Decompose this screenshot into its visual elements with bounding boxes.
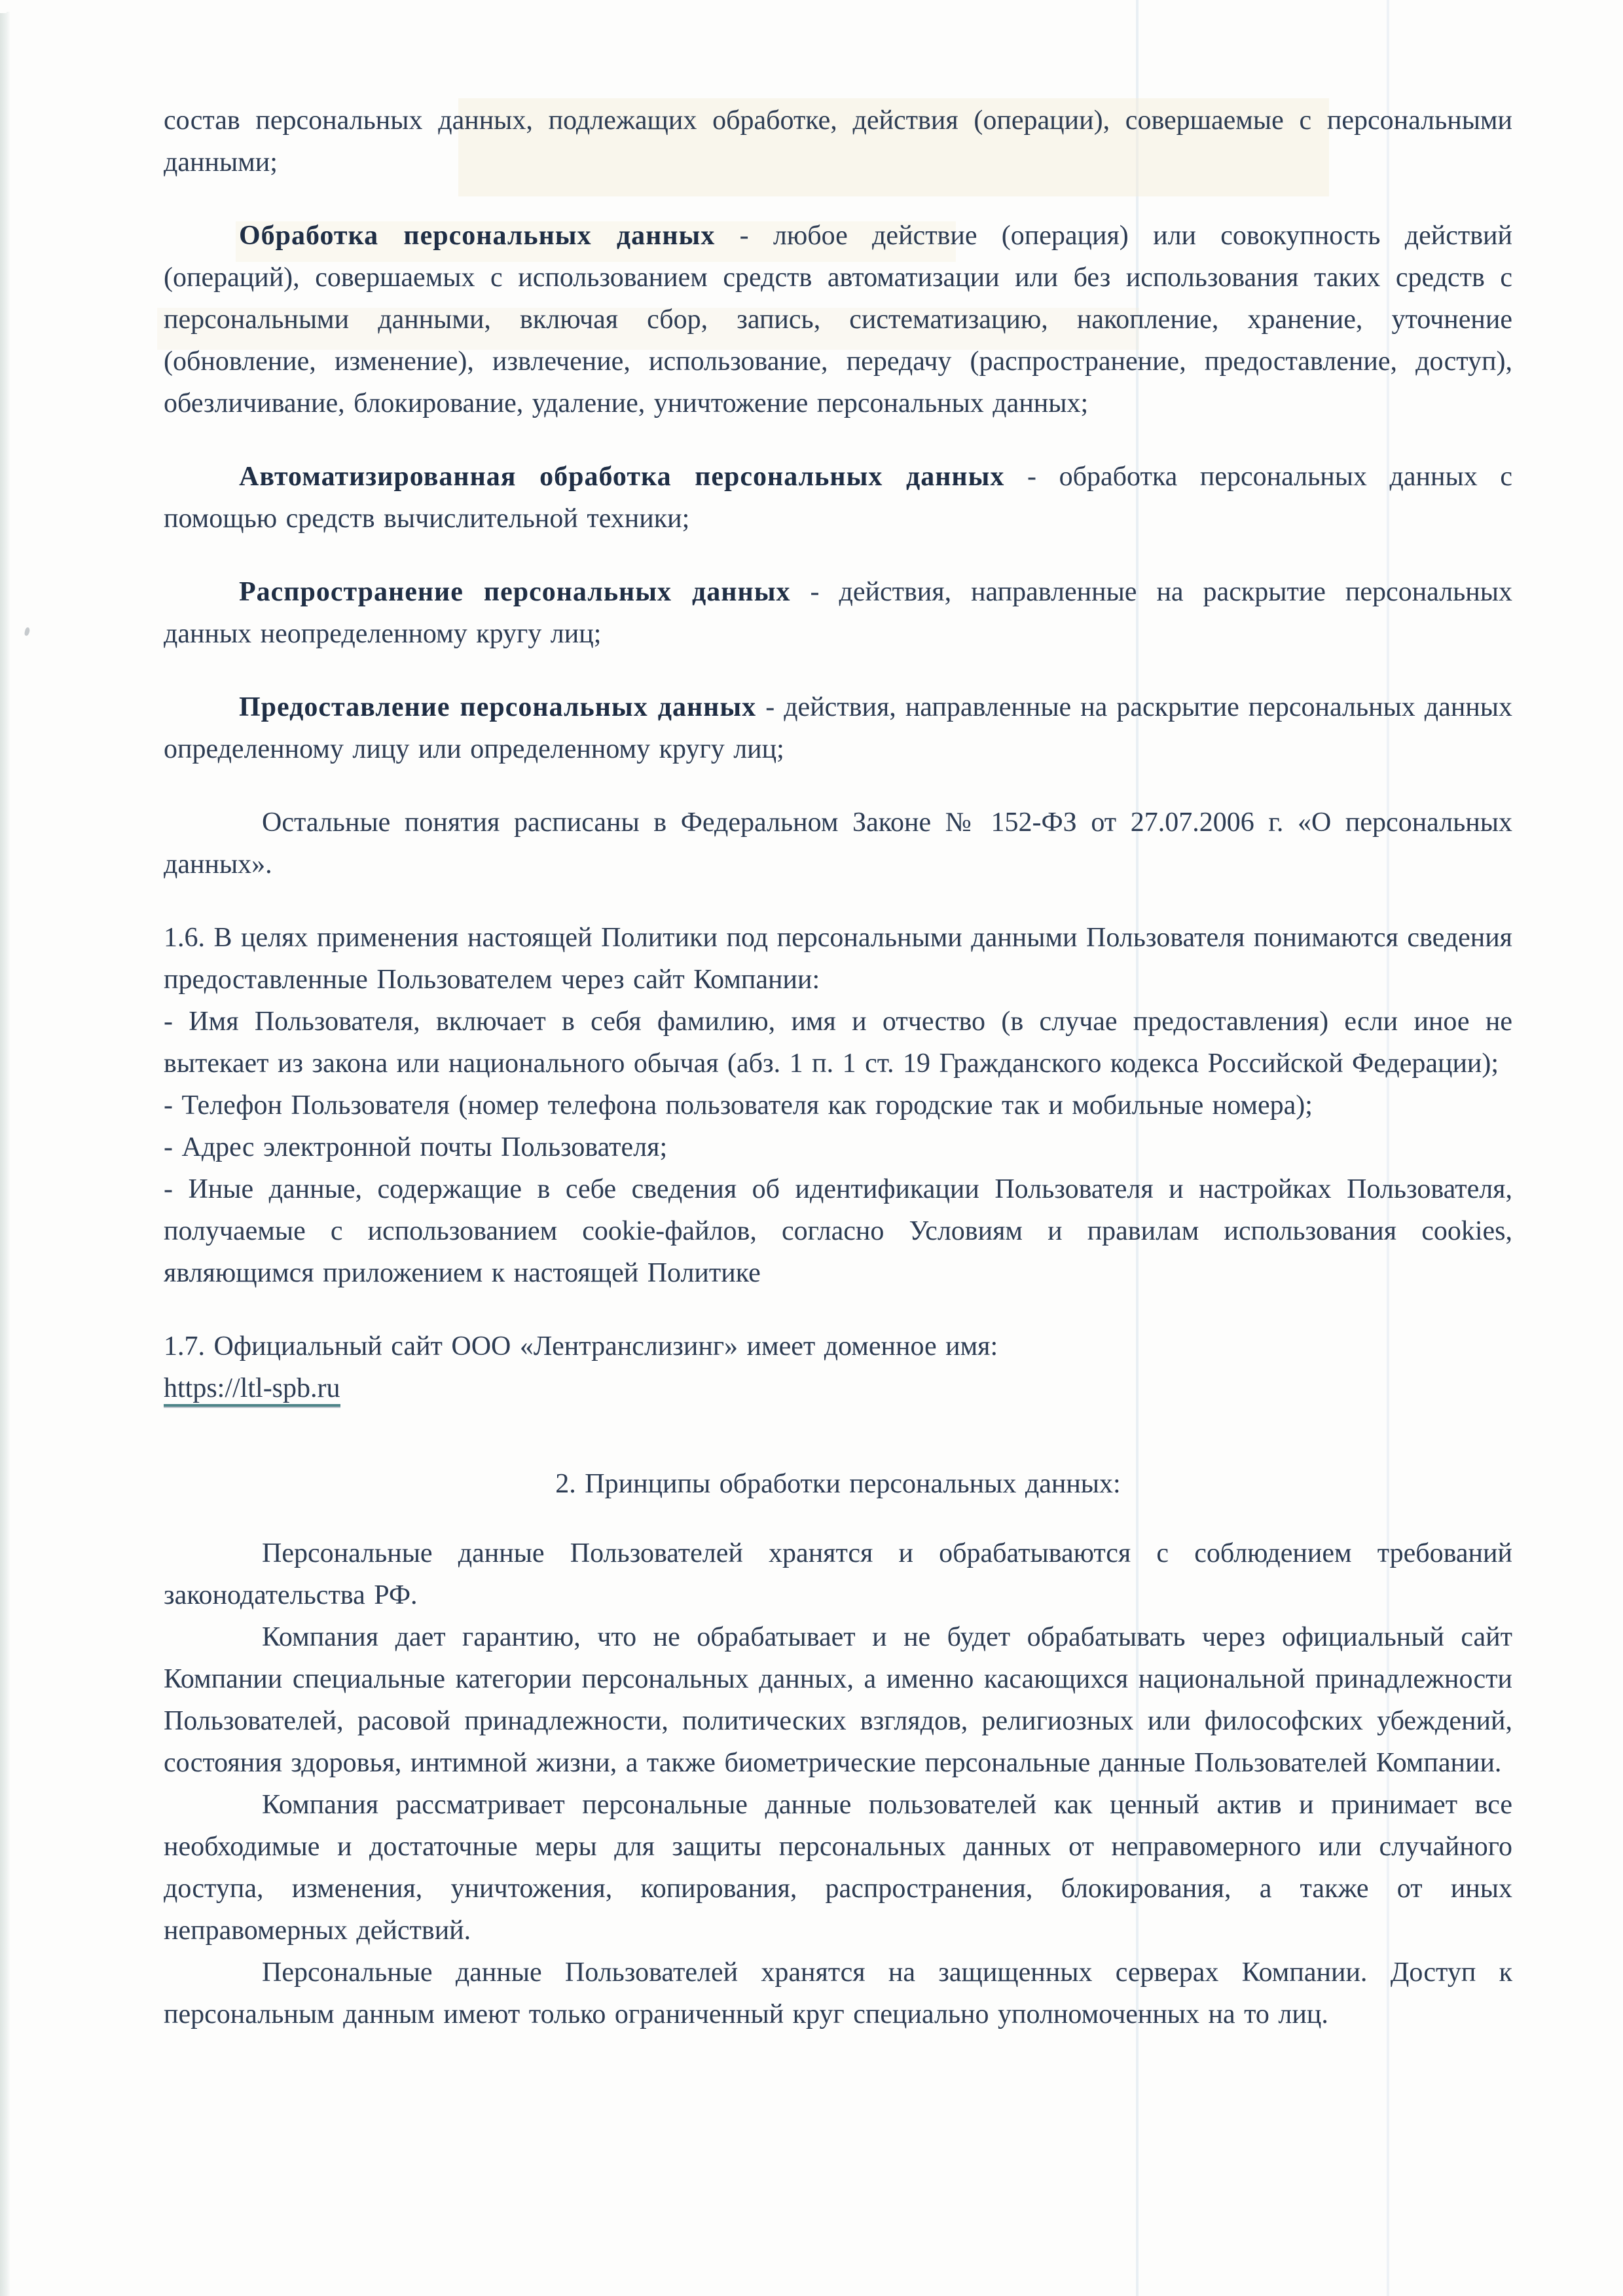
definition-dissemination: Распространение персональных данных - де… bbox=[164, 571, 1512, 655]
scanned-document-page: состав персональных данных, подлежащих о… bbox=[0, 0, 1623, 2296]
definition-term: Распространение персональных данных bbox=[239, 577, 790, 607]
clause-1-7-link-line: https://ltl-spb.ru bbox=[164, 1367, 1512, 1409]
document-content: состав персональных данных, подлежащих о… bbox=[164, 100, 1512, 2035]
clause-1-7-text: 1.7. Официальный сайт ООО «Лентранслизин… bbox=[164, 1325, 1512, 1367]
definition-processing: Обработка персональных данных - любое де… bbox=[164, 215, 1512, 424]
clause-1-6-item-phone: - Телефон Пользователя (номер телефона п… bbox=[164, 1084, 1512, 1126]
clause-1-6-item-user-name: - Имя Пользователя, включает в себя фами… bbox=[164, 1001, 1512, 1084]
intro-paragraph: состав персональных данных, подлежащих о… bbox=[164, 100, 1512, 183]
definition-term: Автоматизированная обработка персональны… bbox=[239, 462, 1004, 492]
clause-1-6-item-other-data: - Иные данные, содержащие в себе сведени… bbox=[164, 1168, 1512, 1294]
policy-paragraph-protection-measures: Компания рассматривает персональные данн… bbox=[164, 1784, 1512, 1952]
policy-paragraph-secure-servers: Персональные данные Пользователей хранят… bbox=[164, 1952, 1512, 2035]
definition-automated-processing: Автоматизированная обработка персональны… bbox=[164, 456, 1512, 540]
clause-1-6-intro: 1.6. В целях применения настоящей Полити… bbox=[164, 917, 1512, 1001]
definition-term: Обработка персональных данных bbox=[239, 221, 715, 251]
site-url-link[interactable]: https://ltl-spb.ru bbox=[164, 1373, 340, 1407]
scan-edge-shadow bbox=[0, 12, 10, 2296]
section-2-heading: 2. Принципы обработки персональных данны… bbox=[164, 1463, 1512, 1505]
clause-1-6-item-email: - Адрес электронной почты Пользователя; bbox=[164, 1126, 1512, 1168]
policy-paragraph-storage-compliance: Персональные данные Пользователей хранят… bbox=[164, 1532, 1512, 1616]
note-152fz: Остальные понятия расписаны в Федерально… bbox=[164, 802, 1512, 885]
scan-edge-notch bbox=[0, 0, 7, 13]
definition-provision: Предоставление персональных данных - дей… bbox=[164, 686, 1512, 770]
policy-paragraph-special-categories: Компания дает гарантию, что не обрабатыв… bbox=[164, 1616, 1512, 1784]
definition-term: Предоставление персональных данных bbox=[239, 692, 756, 722]
scan-speck bbox=[24, 627, 31, 636]
